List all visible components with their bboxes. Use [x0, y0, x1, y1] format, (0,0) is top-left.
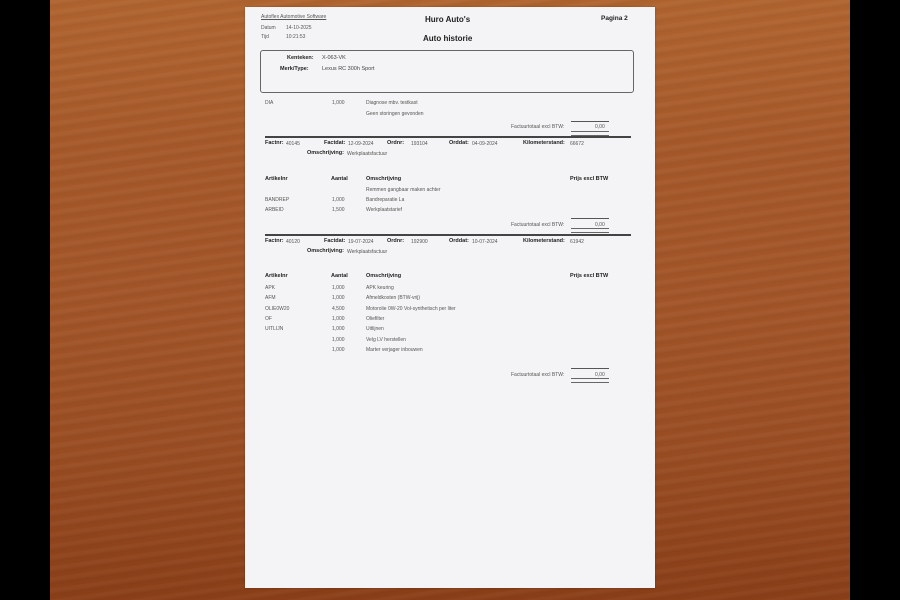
col-header-aantal: Aantal	[331, 176, 348, 182]
factnr-value: 40145	[286, 141, 300, 147]
omschrijving-label: Omschrijving:	[307, 248, 344, 254]
orddat-value: 04-09-2024	[472, 141, 498, 147]
make-label: Merk/Type:	[280, 66, 309, 72]
ordnr-label: Ordnr:	[387, 140, 404, 146]
col-header-prijs: Prijs excl BTW	[570, 273, 608, 279]
factnr-label: Factnr:	[265, 238, 284, 244]
factdat-value: 19-07-2024	[348, 239, 374, 245]
total-label: Factuurtotaal excl BTW:	[511, 372, 564, 378]
col-header-omschrijving: Omschrijving	[366, 273, 401, 279]
sum-rule	[571, 121, 609, 122]
cell-artikel: BANDREP	[265, 197, 289, 203]
ordnr-value: 192900	[411, 239, 428, 245]
ordnr-value: 193104	[411, 141, 428, 147]
omschrijving-label: Omschrijving:	[307, 150, 344, 156]
omschrijving-value: Werkplaatsfactuur	[347, 249, 387, 255]
cell-omschrijving: Remmen gangbaar maken achter	[366, 187, 441, 193]
cell-aantal: 1,000	[332, 316, 345, 322]
cell-omschrijving: Uitlijnen	[366, 326, 384, 332]
vehicle-info-box	[260, 50, 634, 93]
col-header-artikel: Artikelnr	[265, 176, 288, 182]
make-value: Lexus RC 300h Sport	[322, 66, 375, 72]
col-header-omschrijving: Omschrijving	[366, 176, 401, 182]
cell-omschrijving: Marter verjager inbouwen	[366, 347, 423, 353]
sum-rule	[571, 218, 609, 219]
factdat-label: Factdat:	[324, 238, 345, 244]
plate-label: Kenteken:	[287, 55, 314, 61]
total-label: Factuurtotaal excl BTW:	[511, 124, 564, 130]
cell-artikel: OF	[265, 316, 272, 322]
date-label: Datum	[261, 25, 276, 31]
document-page: Autoflex Automotive Software Huro Auto's…	[245, 7, 655, 588]
software-name: Autoflex Automotive Software	[261, 14, 326, 20]
cell-artikel: OLIE0W20	[265, 306, 289, 312]
cell-omschrijving: APK keuring	[366, 285, 394, 291]
factnr-value: 40120	[286, 239, 300, 245]
factnr-label: Factnr:	[265, 140, 284, 146]
sum-double-rule	[571, 378, 609, 383]
factdat-value: 12-09-2024	[348, 141, 374, 147]
orddat-value: 10-07-2024	[472, 239, 498, 245]
date-value: 14-10-2025	[286, 25, 312, 31]
cell-omschrijving: Oliefilter	[366, 316, 384, 322]
omschrijving-value: Werkplaatsfactuur	[347, 151, 387, 157]
km-label: Kilometerstand:	[523, 238, 565, 244]
factdat-label: Factdat:	[324, 140, 345, 146]
km-value: 66672	[570, 141, 584, 147]
cell-omschrijving: Velg LV herstellen	[366, 337, 406, 343]
cell-aantal: 1,000	[332, 337, 345, 343]
cell-aantal: 1,500	[332, 207, 345, 213]
cell-omschrijving: Werkplaatstarief	[366, 207, 402, 213]
km-label: Kilometerstand:	[523, 140, 565, 146]
km-value: 61942	[570, 239, 584, 245]
total-value: 0,00	[595, 124, 605, 130]
sum-rule	[571, 368, 609, 369]
cell-aantal: 1,000	[332, 347, 345, 353]
page-title: Auto historie	[423, 34, 472, 43]
cell-omschrijving: Diagnose mbv. testkast	[366, 100, 418, 106]
plate-value: X-063-VK	[322, 55, 346, 61]
cell-omschrijving: Motorolie 0W-20 Vol-synthetisch per lite…	[366, 306, 456, 312]
invoice-separator	[265, 136, 631, 138]
cell-omschrijving: Bandreparatie La	[366, 197, 404, 203]
total-label: Factuurtotaal excl BTW:	[511, 222, 564, 228]
cell-omschrijving: Geen storingen gevonden	[366, 111, 424, 117]
cell-aantal: 1,000	[332, 326, 345, 332]
col-header-prijs: Prijs excl BTW	[570, 176, 608, 182]
cell-artikel: ARBEID	[265, 207, 284, 213]
cell-artikel: UITLIJN	[265, 326, 283, 332]
time-value: 10:21:53	[286, 34, 305, 40]
cell-aantal: 1,000	[332, 285, 345, 291]
col-header-aantal: Aantal	[331, 273, 348, 279]
invoice-separator	[265, 234, 631, 236]
cell-aantal: 1,000	[332, 197, 345, 203]
orddat-label: Orddat:	[449, 238, 469, 244]
cell-artikel: DIA	[265, 100, 273, 106]
cell-aantal: 4,500	[332, 306, 345, 312]
cell-aantal: 1,000	[332, 100, 345, 106]
page-number: Pagina 2	[601, 15, 628, 22]
cell-aantal: 1,000	[332, 295, 345, 301]
sum-double-rule	[571, 228, 609, 233]
ordnr-label: Ordnr:	[387, 238, 404, 244]
col-header-artikel: Artikelnr	[265, 273, 288, 279]
company-name: Huro Auto's	[425, 15, 470, 24]
cell-artikel: AFM	[265, 295, 276, 301]
orddat-label: Orddat:	[449, 140, 469, 146]
time-label: Tijd	[261, 34, 269, 40]
cell-artikel: APK	[265, 285, 275, 291]
cell-omschrijving: Afmeldkosten (BTW-vrij)	[366, 295, 420, 301]
